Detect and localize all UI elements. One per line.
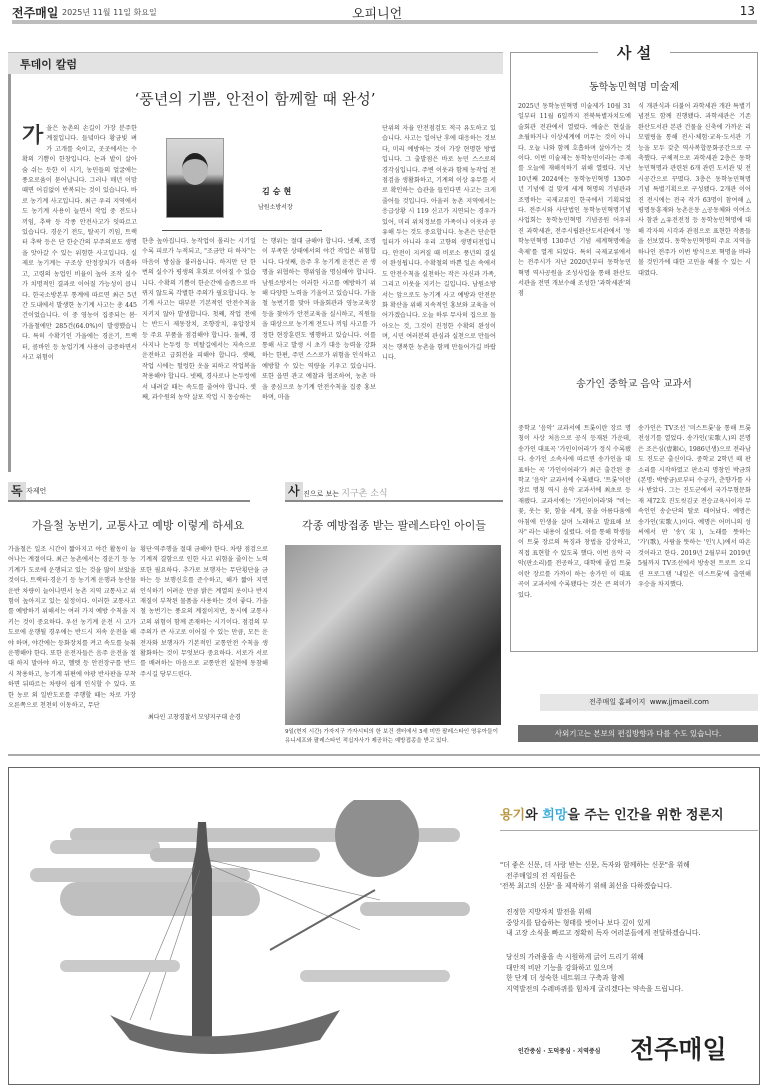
author-role: 남원소방서장 <box>258 202 293 211</box>
author-name: 김승현 <box>262 186 294 197</box>
editorial-2-col2: 송가인은 TV조선 '미스트롯'을 통해 트롯 전성기를 열었다. 송가인(宋歌… <box>638 424 751 649</box>
photo-section-header: 사 진으로 보는 지구촌 소식 <box>285 482 503 502</box>
ad-slogan: 용기와 희망을 주는 인간을 위한 정론지 <box>500 804 724 823</box>
editorial-1-col2: 식 개관식과 더불어 과학세관 개관 특별기념전도 함께 진행됐다. 과학세관은… <box>638 102 751 377</box>
disclaimer-banner: 사외기고는 본보의 편집방향과 다를 수도 있습니다. <box>518 725 758 742</box>
editorial-title-2: 송가인 중학교 음악 교과서 <box>512 375 756 390</box>
page-number: 13 <box>740 4 755 18</box>
reader-signature: 최다인 고창경찰서 모양지구대 순경 <box>148 712 241 721</box>
editorial-1-col1: 2025년 동학농민혁명 미술제가 10월 31일부터 11월 6일까지 전북특… <box>518 102 631 377</box>
editorial-title-1: 동학농민혁명 미술제 <box>512 78 756 93</box>
column-text-col4: 단위의 자율 안전점검도 적극 유도하고 있습니다. 사고는 일어난 후에 대응… <box>382 124 496 474</box>
reader-col1: 가을철은 일조 시간이 짧아지고 야간 활동이 늘어나는 계절이다. 최근 농촌… <box>8 545 136 725</box>
column-section-label: 투데이 칼럼 <box>20 56 77 72</box>
masthead-date: 2025년 11월 11일 화요일 <box>62 7 157 18</box>
ad-tagline: 인간중심 · 도덕중심 · 지역중심 <box>518 1046 600 1055</box>
drop-cap: 가 <box>22 124 43 146</box>
author-photo <box>166 138 224 218</box>
homepage-banner[interactable]: 전주매일 홈페이지 www.jjmaeil.com <box>540 694 758 711</box>
reader-title: 가을철 농번기, 교통사고 예방 이렇게 하세요 <box>8 517 268 533</box>
column-title: ‘풍년의 기쁨, 안전이 함께할 때 완성’ <box>20 88 490 109</box>
reader-section-header: 독 자제언 <box>8 482 250 502</box>
author-face-icon <box>182 153 208 185</box>
masthead-brand: 전주매일 <box>12 4 58 21</box>
reader-col2: 횡단·역주행을 절대 금해야 한다. 차량 점검으로 기계적 결함으로 인한 사… <box>140 545 268 710</box>
ad-paragraph-3: 당신의 가려움을 속 시원하게 긁어 드리기 위해대안적 비판 기능을 강화하고… <box>500 952 683 994</box>
column-text-col3: 는 행위는 절대 금해야 합니다. 넷째, 조명이 부족한 상태에서의 야간 작… <box>262 237 376 474</box>
homepage-url[interactable]: www.jjmaeil.com <box>650 698 709 706</box>
photo-divider <box>162 230 322 231</box>
ad-paragraph-1: "더 좋은 신문, 더 사랑 받는 신문, 독자와 함께하는 신문"을 위해전주… <box>500 860 690 892</box>
masthead-section: 오피니언 <box>352 3 402 22</box>
column-text-col2: 한층 높아집니다. 농작업이 몰리는 시기일수록 피로가 누적되고, "조금만 … <box>142 237 256 474</box>
column-header: 투데이 칼럼 <box>8 52 503 74</box>
masthead: 전주매일 2025년 11월 11일 화요일 오피니언 13 <box>12 2 757 24</box>
column-text-col1: 가을은 농촌의 손길이 가장 분주한 계절입니다. 들녘마다 황금빛 벼가 고개… <box>22 124 137 474</box>
ad-divider <box>500 830 758 831</box>
editorial-2-col1: 중학교 '음악' 교과서에 트롯이란 장르 명칭이 사상 처음으로 공식 등재된… <box>518 424 631 649</box>
ad-logo: 전주매일 <box>630 1030 727 1066</box>
editorial-label: 사 설 <box>598 42 670 63</box>
pen-ship-illustration-icon <box>20 800 470 1080</box>
gaza-vaccination-photo <box>285 545 501 725</box>
section-divider <box>8 754 760 756</box>
photo-title: 각종 예방접종 받는 팔레스타인 아이들 <box>285 517 503 533</box>
photo-caption: 9일(현지 시간) 가자지구 가자시티의 한 보건 센터에서 3세 미만 팔레스… <box>285 728 505 746</box>
ad-paragraph-2: 진정한 지방자치 발전을 위해중앙지를 답습하는 형태를 벗어나 보다 깊이 있… <box>500 907 701 939</box>
